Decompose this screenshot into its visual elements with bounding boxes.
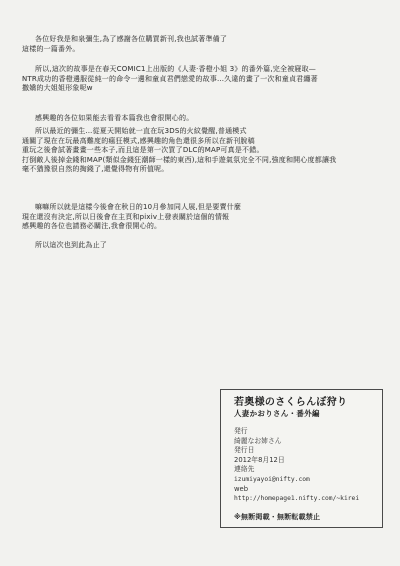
website-url: http://homepage1.nifty.com/~kirei (234, 494, 376, 504)
afterword-paragraph-story: 所以,這次的故事是在春天COMIC1上出版的《人妻·香橙小姐 3》的番外篇,完全… (22, 65, 390, 94)
afterword-line: 撒嬌的大姐姐形象呢w (22, 84, 390, 94)
afterword-line: 感興趣的各位如果能去看看本篇我也會很開心的。 (22, 114, 390, 124)
doujin-subtitle: 人妻かおりさん・番外編 (234, 409, 376, 418)
doujin-title: 若奥様のさくらんぼ狩り (234, 397, 376, 409)
colophon-details: 発行 綺麗なお姉さん 発行日 2012年8月12日 連絡先 izumiyayoi… (234, 427, 376, 504)
afterword-line: 打倒敵人後掉金錢和MAP(類似金錢狂潮師一樣的東西),這和手遊氣氛完全不同,強度… (22, 156, 390, 166)
copyright-notice: ※無断掲載・無断転載禁止 (234, 512, 376, 522)
afterword-paragraph-games: 所以最近的彌生…從夏天開始就一直在玩3DS的火紋覺醒,普通模式 通關了現在在玩最… (22, 127, 390, 175)
afterword-paragraph-invite: 感興趣的各位如果能去看看本篇我也會很開心的。 (22, 114, 390, 124)
afterword-line: 通關了現在在玩最高難度的瘋狂模式,感興趣的角色還很多所以在新刊脫稿 (22, 137, 390, 147)
scanned-page: 各位好我是和泉彌生,為了感謝各位購買新刊,我也試著準備了 這樣的一篇番外。 所以… (0, 0, 400, 566)
afterword-line: 感興趣的各位也請務必關注,我會很開心的。 (22, 222, 390, 232)
afterword-line: 各位好我是和泉彌生,為了感謝各位購買新刊,我也試著準備了 (22, 35, 390, 45)
afterword-line: NTR成功的香橙邊服從純一的命令一邊和童貞君們戀愛的故事…久違的畫了一次和童貞君… (22, 75, 390, 85)
afterword-line: 這樣的一篇番外。 (22, 45, 390, 55)
afterword-line: 所以這次也到此為止了 (22, 241, 390, 251)
afterword-paragraph-events: 嘛嘛所以就是這樣今後會在秋日的10月參加同人展,但是要賣什麼 現在還沒有決定,所… (22, 203, 390, 232)
publish-date: 2012年8月12日 (234, 456, 376, 466)
publisher-label: 発行 (234, 427, 376, 437)
publish-date-label: 発行日 (234, 446, 376, 456)
afterword-line: 毫不猶豫很自然的掏錢了,還覺得物有所值呢。 (22, 165, 390, 175)
afterword-line: 現在還沒有決定,所以日後會在主頁和pixiv上發表關於這個的情報 (22, 213, 390, 223)
afterword-paragraph-closing: 所以這次也到此為止了 (22, 241, 390, 251)
afterword-paragraph-greeting: 各位好我是和泉彌生,為了感謝各位購買新刊,我也試著準備了 這樣的一篇番外。 (22, 35, 390, 54)
afterword-line: 重玩之後會試著畫畫一些本子,而且這是第一次買了DLC的MAP可真是不錯。 (22, 146, 390, 156)
afterword-line: 所以最近的彌生…從夏天開始就一直在玩3DS的火紋覺醒,普通模式 (22, 127, 390, 137)
publisher-name: 綺麗なお姉さん (234, 437, 376, 447)
colophon-box: 若奥様のさくらんぼ狩り 人妻かおりさん・番外編 発行 綺麗なお姉さん 発行日 2… (220, 389, 383, 528)
web-label: web (234, 485, 376, 495)
contact-label: 連絡先 (234, 465, 376, 475)
afterword-line: 嘛嘛所以就是這樣今後會在秋日的10月參加同人展,但是要賣什麼 (22, 203, 390, 213)
contact-email: izumiyayoi@nifty.com (234, 475, 376, 485)
afterword-line: 所以,這次的故事是在春天COMIC1上出版的《人妻·香橙小姐 3》的番外篇,完全… (22, 65, 390, 75)
